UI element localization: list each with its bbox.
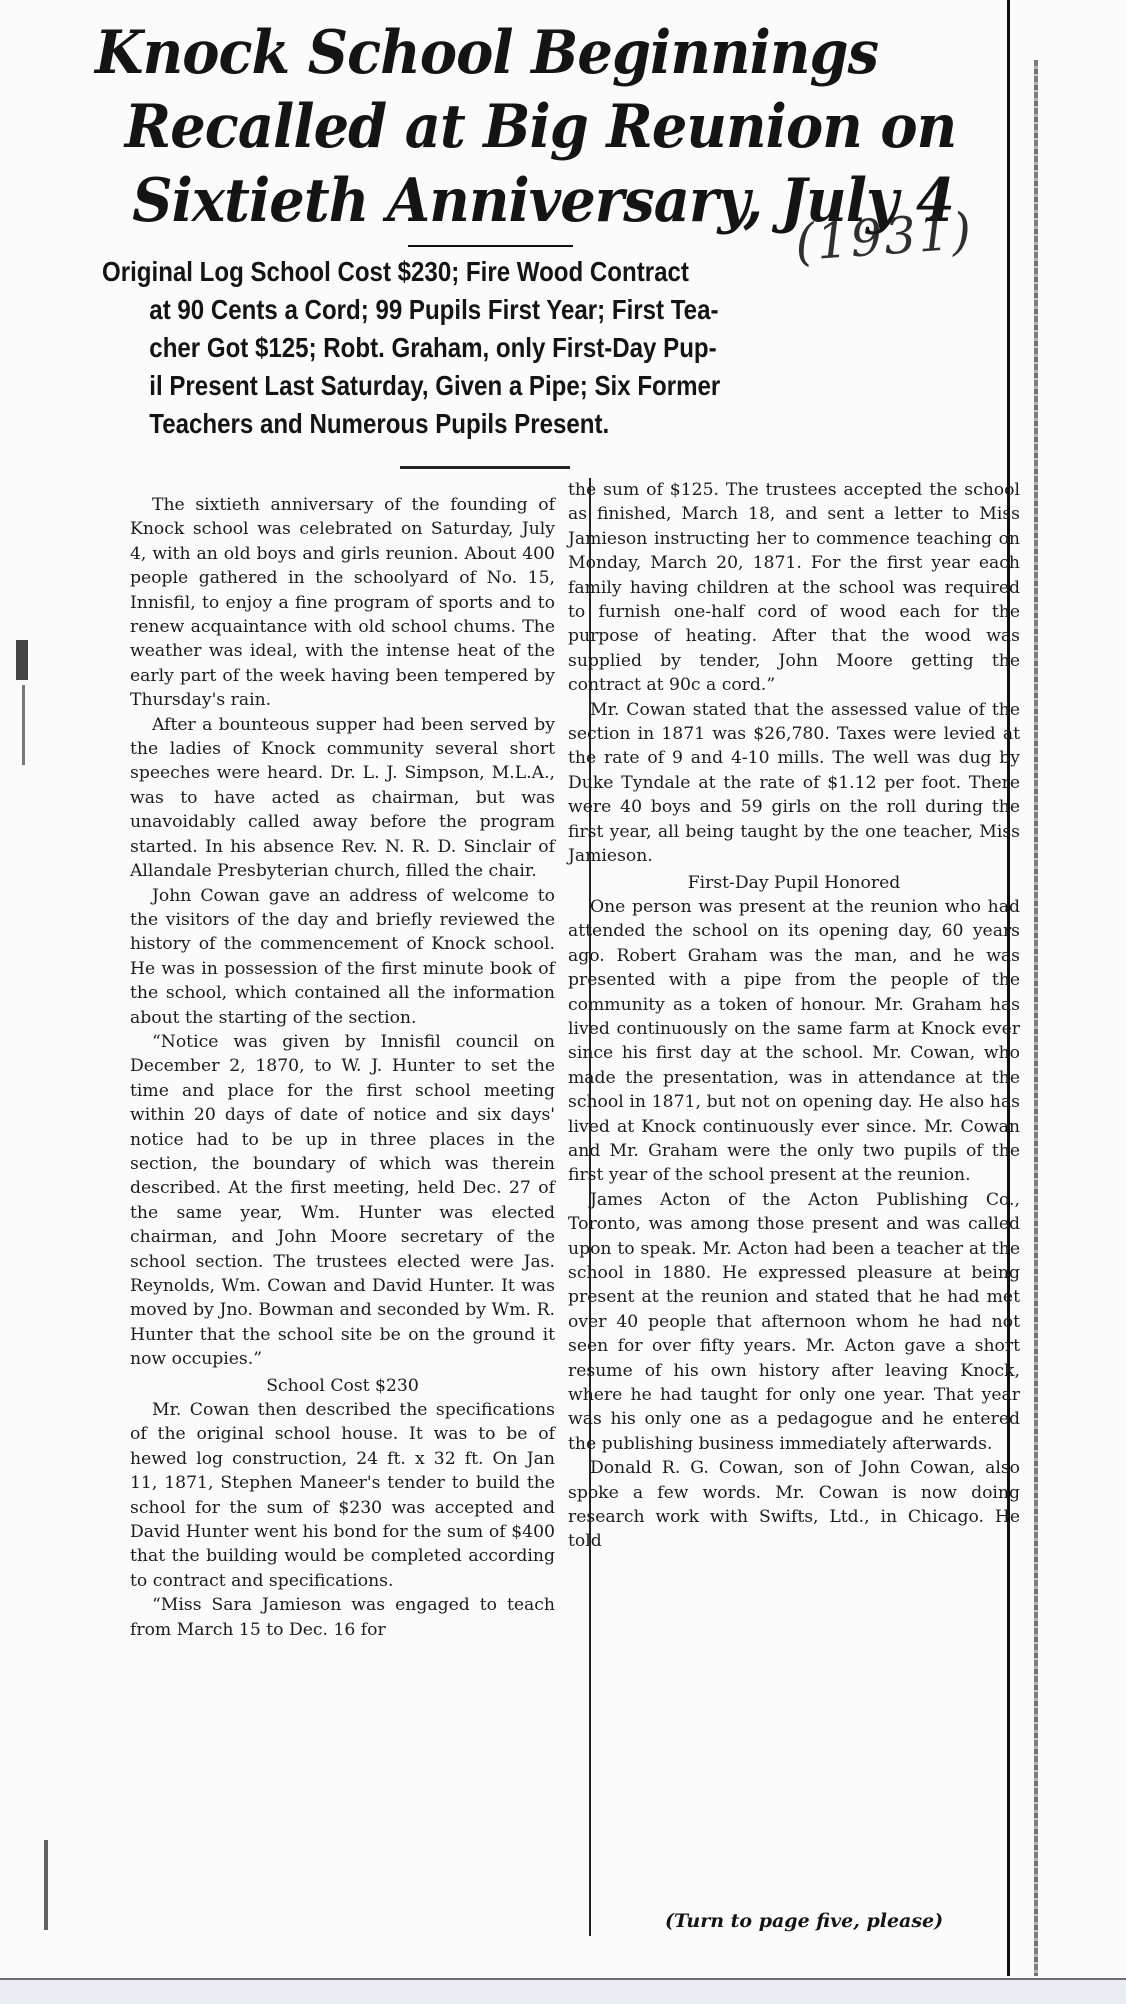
deck-divider [400,466,570,469]
headline-divider [408,245,573,247]
deck-line-3: cher Got $125; Robt. Graham, only First-… [102,329,928,367]
article-column-right: the sum of $125. The trustees accepted t… [568,478,1020,1554]
deck-line-1: Original Log School Cost $230; Fire Wood… [102,253,928,291]
newspaper-clipping: Knock School Beginnings Recalled at Big … [0,0,1126,1978]
headline-line-1: Knock School Beginnings [95,16,941,90]
headline: Knock School Beginnings Recalled at Big … [95,16,941,238]
deck-line-2: at 90 Cents a Cord; 99 Pupils First Year… [102,291,928,329]
scan-smudge [22,685,25,765]
paragraph: “Miss Sara Jamieson was engaged to teach… [130,1593,555,1642]
paragraph: The sixtieth anniversary of the founding… [130,493,555,713]
subheadline-deck: Original Log School Cost $230; Fire Wood… [102,253,928,443]
section-subhead: First-Day Pupil Honored [568,871,1020,895]
paragraph: John Cowan gave an address of welcome to… [130,884,555,1030]
scan-bottom-margin [0,1978,1126,2004]
paragraph: Donald R. G. Cowan, son of John Cowan, a… [568,1456,1020,1554]
deck-line-4: il Present Last Saturday, Given a Pipe; … [102,367,928,405]
section-subhead: School Cost $230 [130,1374,555,1398]
scan-edge-artifact [1034,60,1038,1976]
headline-line-2: Recalled at Big Reunion on [95,90,941,164]
paragraph: After a bounteous supper had been served… [130,713,555,884]
article-column-left: The sixtieth anniversary of the founding… [130,493,555,1642]
scan-smudge [16,640,28,680]
paragraph: “Notice was given by Innisfil council on… [130,1030,555,1372]
deck-line-5: Teachers and Numerous Pupils Present. [102,405,928,443]
scan-smudge [44,1840,48,1930]
paragraph: the sum of $125. The trustees accepted t… [568,478,1020,698]
continued-on-page-note: (Turn to page five, please) [665,1910,943,1932]
paragraph: Mr. Cowan then described the specificati… [130,1398,555,1593]
paragraph: Mr. Cowan stated that the assessed value… [568,698,1020,869]
paragraph: James Acton of the Acton Publishing Co.,… [568,1188,1020,1456]
paragraph: One person was present at the reunion wh… [568,895,1020,1188]
